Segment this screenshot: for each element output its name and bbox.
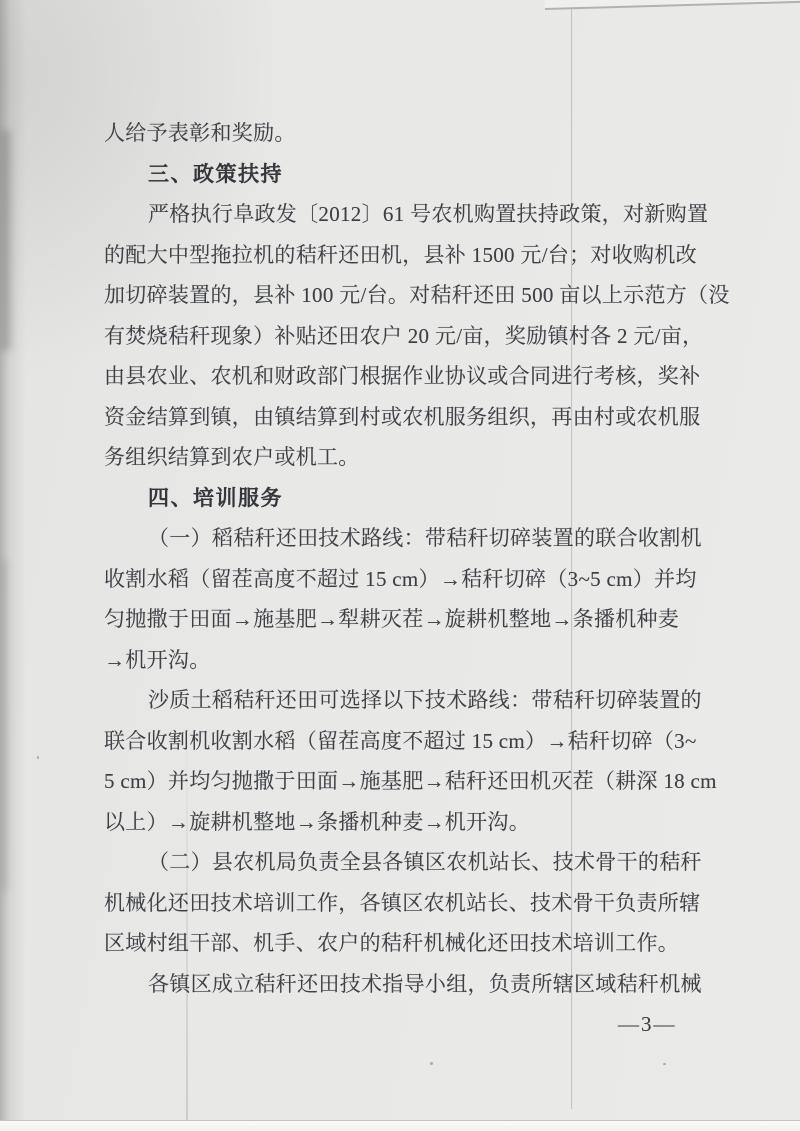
section-heading: 三、政策扶持	[104, 154, 720, 195]
text-line: 匀抛撒于田面→施基肥→犁耕灭茬→旋耕机整地→条播机种麦	[104, 599, 720, 640]
text-line: 人给予表彰和奖励。	[104, 113, 720, 154]
page-number: —3—	[618, 1004, 677, 1045]
text-line: 以上）→旋耕机整地→条播机种麦→机开沟。	[104, 802, 720, 843]
paper-sheet: 人给予表彰和奖励。三、政策扶持严格执行阜政发〔2012〕61 号农机购置扶持政策…	[0, 0, 800, 1120]
text-line: 各镇区成立秸秆还田技术指导小组，负责所辖区域秸秆机械	[104, 964, 720, 1005]
text-line: 的配大中型拖拉机的秸秆还田机，县补 1500 元/台；对收购机改	[104, 235, 720, 276]
dust-speck	[663, 1063, 666, 1065]
text-line: →机开沟。	[104, 640, 720, 681]
text-line: 务组织结算到农户或机工。	[104, 437, 720, 478]
text-line: 收割水稻（留茬高度不超过 15 cm）→秸秆切碎（3~5 cm）并均	[104, 559, 720, 600]
text-line: （二）县农机局负责全县各镇区农机站长、技术骨干的秸秆	[104, 842, 720, 883]
text-line: 有焚烧秸秆现象）补贴还田农户 20 元/亩，奖励镇村各 2 元/亩，	[104, 316, 720, 357]
text-line: 区域村组干部、机手、农户的秸秆机械化还田技术培训工作。	[104, 923, 720, 964]
scan-edge-blotch	[0, 130, 11, 350]
dust-speck	[37, 756, 39, 759]
scan-edge-blotch	[0, 560, 8, 890]
scanned-page: 人给予表彰和奖励。三、政策扶持严格执行阜政发〔2012〕61 号农机购置扶持政策…	[0, 0, 800, 1131]
text-lines: 人给予表彰和奖励。三、政策扶持严格执行阜政发〔2012〕61 号农机购置扶持政策…	[104, 113, 720, 1004]
section-heading: 四、培训服务	[104, 478, 720, 519]
text-line: 由县农业、农机和财政部门根据作业协议或合同进行考核，奖补	[104, 356, 720, 397]
text-line: 严格执行阜政发〔2012〕61 号农机购置扶持政策，对新购置	[104, 194, 720, 235]
text-line: 沙质土稻秸秆还田可选择以下技术路线：带秸秆切碎装置的	[104, 680, 720, 721]
text-line: 联合收割机收割水稻（留茬高度不超过 15 cm）→秸秆切碎（3~	[104, 721, 720, 762]
text-line: 加切碎装置的，县补 100 元/台。对秸秆还田 500 亩以上示范方（没	[104, 275, 720, 316]
text-line: （一）稻秸秆还田技术路线：带秸秆切碎装置的联合收割机	[104, 518, 720, 559]
document-content: 人给予表彰和奖励。三、政策扶持严格执行阜政发〔2012〕61 号农机购置扶持政策…	[104, 113, 720, 1004]
text-line: 机械化还田技术培训工作，各镇区农机站长、技术骨干负责所辖	[104, 883, 720, 924]
text-line: 资金结算到镇，由镇结算到村或农机服务组织，再由村或农机服	[104, 397, 720, 438]
text-line: 5 cm）并均匀抛撒于田面→施基肥→秸秆还田机灭茬（耕深 18 cm	[104, 761, 720, 802]
scanner-background-strip	[0, 1120, 800, 1131]
paper-edge-top-right	[545, 0, 800, 10]
dust-speck	[430, 1062, 433, 1065]
